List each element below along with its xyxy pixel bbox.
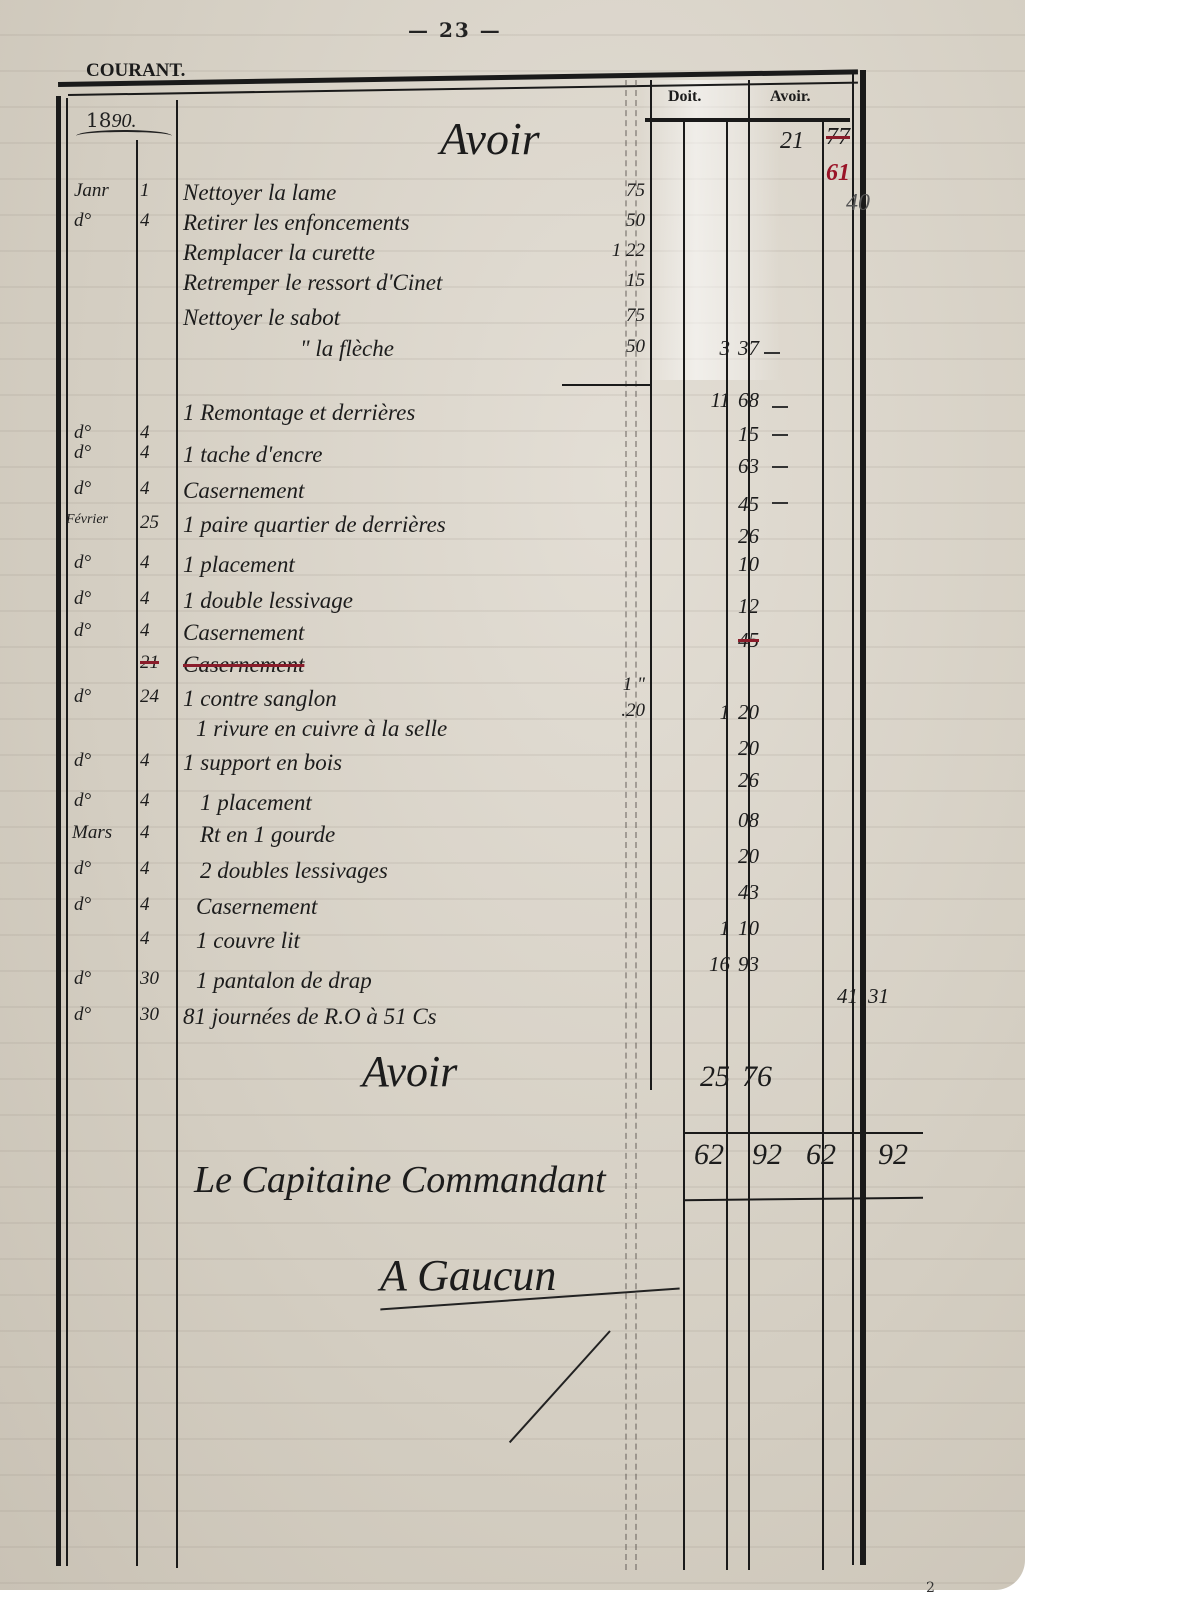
- row-day: 4: [140, 620, 150, 642]
- row-description: Retremper le ressort d'Cinet: [183, 270, 442, 296]
- ledger-row: Janr 1 Nettoyer la lame 75: [0, 180, 1000, 214]
- row-description: 1 placement: [183, 552, 295, 578]
- ledger-row: d° 24 1 contre sanglon 1 ": [0, 686, 1000, 720]
- ledger-row: d° 4 Retirer les enfoncements 50: [0, 210, 1000, 244]
- row-description: Retirer les enfoncements: [183, 210, 410, 236]
- row-description: 1 paire quartier de derrières: [183, 512, 446, 538]
- row-subamount: 75: [600, 305, 645, 327]
- row-debit-cents: 93: [738, 952, 774, 977]
- signature-flourish: [509, 1330, 611, 1443]
- row-day: 4: [140, 210, 150, 232]
- year-brace: [76, 130, 172, 142]
- row-subamount: 75: [600, 180, 645, 202]
- row-description-struck: Casernement: [183, 652, 304, 678]
- row-debit-cents: 63: [738, 454, 774, 479]
- row-debit-cents: 08: [738, 808, 774, 833]
- row-subamount: 15: [600, 270, 645, 292]
- credit-column-header: Avoir.: [770, 88, 810, 106]
- row-day: 25: [140, 512, 159, 534]
- total-rule-bottom: [683, 1197, 923, 1202]
- row-day: 4: [140, 894, 150, 916]
- row-month: Mars: [72, 822, 112, 844]
- total-credit-francs: 62: [806, 1138, 836, 1172]
- row-debit-cents: 20: [738, 700, 774, 725]
- row-day: 4: [140, 478, 150, 500]
- ledger-row: d° 4 1 placement 26: [0, 790, 1000, 824]
- row-description: 1 support en bois: [183, 750, 342, 776]
- row-description: 1 pantalon de drap: [196, 968, 372, 994]
- row-month: d°: [74, 478, 91, 500]
- row-description: Remplacer la curette: [183, 240, 375, 266]
- ledger-row: 1 rivure en cuivre à la selle .20 1 20: [0, 716, 1000, 750]
- year-handwritten: 90.: [111, 110, 136, 132]
- row-debit-cents: 10: [738, 916, 774, 941]
- row-month: d°: [74, 588, 91, 610]
- ledger-row: d° 4 Casernement 45: [0, 620, 1000, 654]
- row-month: Janr: [74, 180, 109, 202]
- row-day: 4: [140, 588, 150, 610]
- row-description: Casernement: [196, 894, 317, 920]
- row-month: d°: [74, 422, 91, 444]
- row-debit-cents-struck: 45: [738, 628, 774, 653]
- row-subamount: .20: [600, 700, 645, 722]
- row-debit-francs: 1: [690, 700, 730, 725]
- ledger-row: d° 4 1 support en bois 20: [0, 750, 1000, 784]
- section-title: Avoir: [440, 112, 540, 165]
- row-day: 30: [140, 1004, 159, 1026]
- page-number: — 23 —: [408, 18, 502, 42]
- row-description: 1 tache d'encre: [183, 442, 322, 468]
- row-month: Février: [66, 512, 108, 528]
- opening-credit-francs: 21: [780, 128, 804, 155]
- ledger-row: Mars 4 Rt en 1 gourde 08: [0, 822, 1000, 856]
- row-subamount: 50: [600, 336, 645, 358]
- row-day: 4: [140, 422, 150, 444]
- row-debit-cents: 20: [738, 844, 774, 869]
- row-month: d°: [74, 552, 91, 574]
- ledger-row: d° 4 1 Remontage et derrières 15: [0, 400, 1000, 434]
- row-month: d°: [74, 858, 91, 880]
- row-description: Nettoyer la lame: [183, 180, 336, 206]
- row-month: d°: [74, 750, 91, 772]
- ledger-row: d° 4 1 double lessivage 12: [0, 588, 1000, 622]
- row-month: d°: [74, 442, 91, 464]
- opening-credit-cents-struck: 77: [826, 124, 850, 151]
- ledger-row-struck: 21 Casernement: [0, 652, 1000, 686]
- row-day: 4: [140, 442, 150, 464]
- row-day: 4: [140, 822, 150, 844]
- row-day: 4: [140, 750, 150, 772]
- ledger-row: d° 4 2 doubles lessivages 20: [0, 858, 1000, 892]
- row-month: d°: [74, 620, 91, 642]
- tick-mark: [772, 502, 788, 504]
- row-month: d°: [74, 894, 91, 916]
- ledger-row: d° 30 81 journées de R.O à 51 Cs 41 31: [0, 1004, 1000, 1038]
- row-subamount: 1 ": [600, 674, 645, 696]
- ledger-page: — 23 — COURANT. Doit. Avoir. 1890. Avoir…: [0, 0, 1025, 1590]
- row-description: 1 double lessivage: [183, 588, 353, 614]
- ledger-row: Février 25 1 paire quartier de derrières…: [0, 512, 1000, 546]
- row-debit-cents: 37: [738, 336, 774, 361]
- row-day: 4: [140, 552, 150, 574]
- row-day: 4: [140, 858, 150, 880]
- row-debit-cents: 12: [738, 594, 774, 619]
- footer-mark: 2: [926, 1580, 935, 1596]
- balance-debit-cents: 76: [742, 1060, 772, 1094]
- row-description: Casernement: [183, 478, 304, 504]
- row-description: Casernement: [183, 620, 304, 646]
- signature: A Gaucun: [380, 1250, 556, 1301]
- row-subamount: 50: [600, 210, 645, 232]
- row-day: 1: [140, 180, 150, 202]
- ledger-row: Retremper le ressort d'Cinet 15: [0, 270, 1000, 304]
- row-debit-cents: 43: [738, 880, 774, 905]
- row-month: d°: [74, 790, 91, 812]
- row-description: 1 contre sanglon: [183, 686, 337, 712]
- year-printed: 18: [86, 108, 111, 132]
- row-description: 1 Remontage et derrières: [183, 400, 415, 426]
- row-month: d°: [74, 1004, 91, 1026]
- ledger-row: d° 4 Casernement 43: [0, 894, 1000, 928]
- row-month: d°: [74, 686, 91, 708]
- row-day: 24: [140, 686, 159, 708]
- tick-mark: [772, 434, 788, 436]
- row-debit-cents: 26: [738, 524, 774, 549]
- row-credit-cents: 31: [868, 984, 908, 1009]
- row-debit-francs: 16: [690, 952, 730, 977]
- ledger-row: Remplacer la curette 1 22: [0, 240, 1000, 274]
- row-debit-francs: 1: [690, 916, 730, 941]
- row-description: 1 couvre lit: [196, 928, 300, 954]
- balance-label: Avoir: [362, 1046, 457, 1097]
- balance-debit-francs: 25: [700, 1060, 730, 1094]
- row-description: 2 doubles lessivages: [200, 858, 388, 884]
- header-under-rule: [645, 118, 850, 122]
- total-debit-francs: 62: [694, 1138, 724, 1172]
- debit-column-header: Doit.: [668, 88, 701, 106]
- tick-mark: [772, 406, 788, 408]
- ledger-heading: COURANT.: [86, 60, 185, 82]
- row-description: 1 rivure en cuivre à la selle: [196, 716, 447, 742]
- row-debit-cents: 26: [738, 768, 774, 793]
- ledger-row: d° 4 1 placement 10: [0, 552, 1000, 586]
- row-description: 81 journées de R.O à 51 Cs: [183, 1004, 437, 1030]
- row-day: 4: [140, 790, 150, 812]
- subtotal-rule: [562, 384, 650, 386]
- row-description: 1 placement: [200, 790, 312, 816]
- ledger-row: 4 1 couvre lit 1 10: [0, 928, 1000, 962]
- row-description: Rt en 1 gourde: [200, 822, 335, 848]
- row-debit-francs: 3: [690, 336, 730, 361]
- tick-mark: [764, 352, 780, 354]
- total-debit-cents: 92: [752, 1138, 782, 1172]
- row-description: " la flèche: [300, 336, 394, 362]
- ledger-row: d° 4 1 tache d'encre 63: [0, 442, 1000, 476]
- row-month: d°: [74, 968, 91, 990]
- tick-mark: [772, 466, 788, 468]
- row-description: Nettoyer le sabot: [183, 305, 340, 331]
- row-day: 30: [140, 968, 159, 990]
- total-credit-cents: 92: [878, 1138, 908, 1172]
- ledger-row: " la flèche 50 3 37: [0, 336, 1000, 370]
- row-month: d°: [74, 210, 91, 232]
- row-subamount: 1 22: [600, 240, 645, 262]
- ledger-row: d° 4 Casernement 45: [0, 478, 1000, 512]
- row-debit-cents: 20: [738, 736, 774, 761]
- row-credit-francs: 41: [810, 984, 858, 1009]
- row-debit-cents: 10: [738, 552, 774, 577]
- ledger-row: Nettoyer le sabot 75: [0, 305, 1000, 339]
- row-day-struck: 21: [140, 652, 159, 674]
- row-day: 4: [140, 928, 150, 950]
- signer-title: Le Capitaine Commandant: [194, 1158, 606, 1202]
- total-rule-top: [683, 1132, 923, 1134]
